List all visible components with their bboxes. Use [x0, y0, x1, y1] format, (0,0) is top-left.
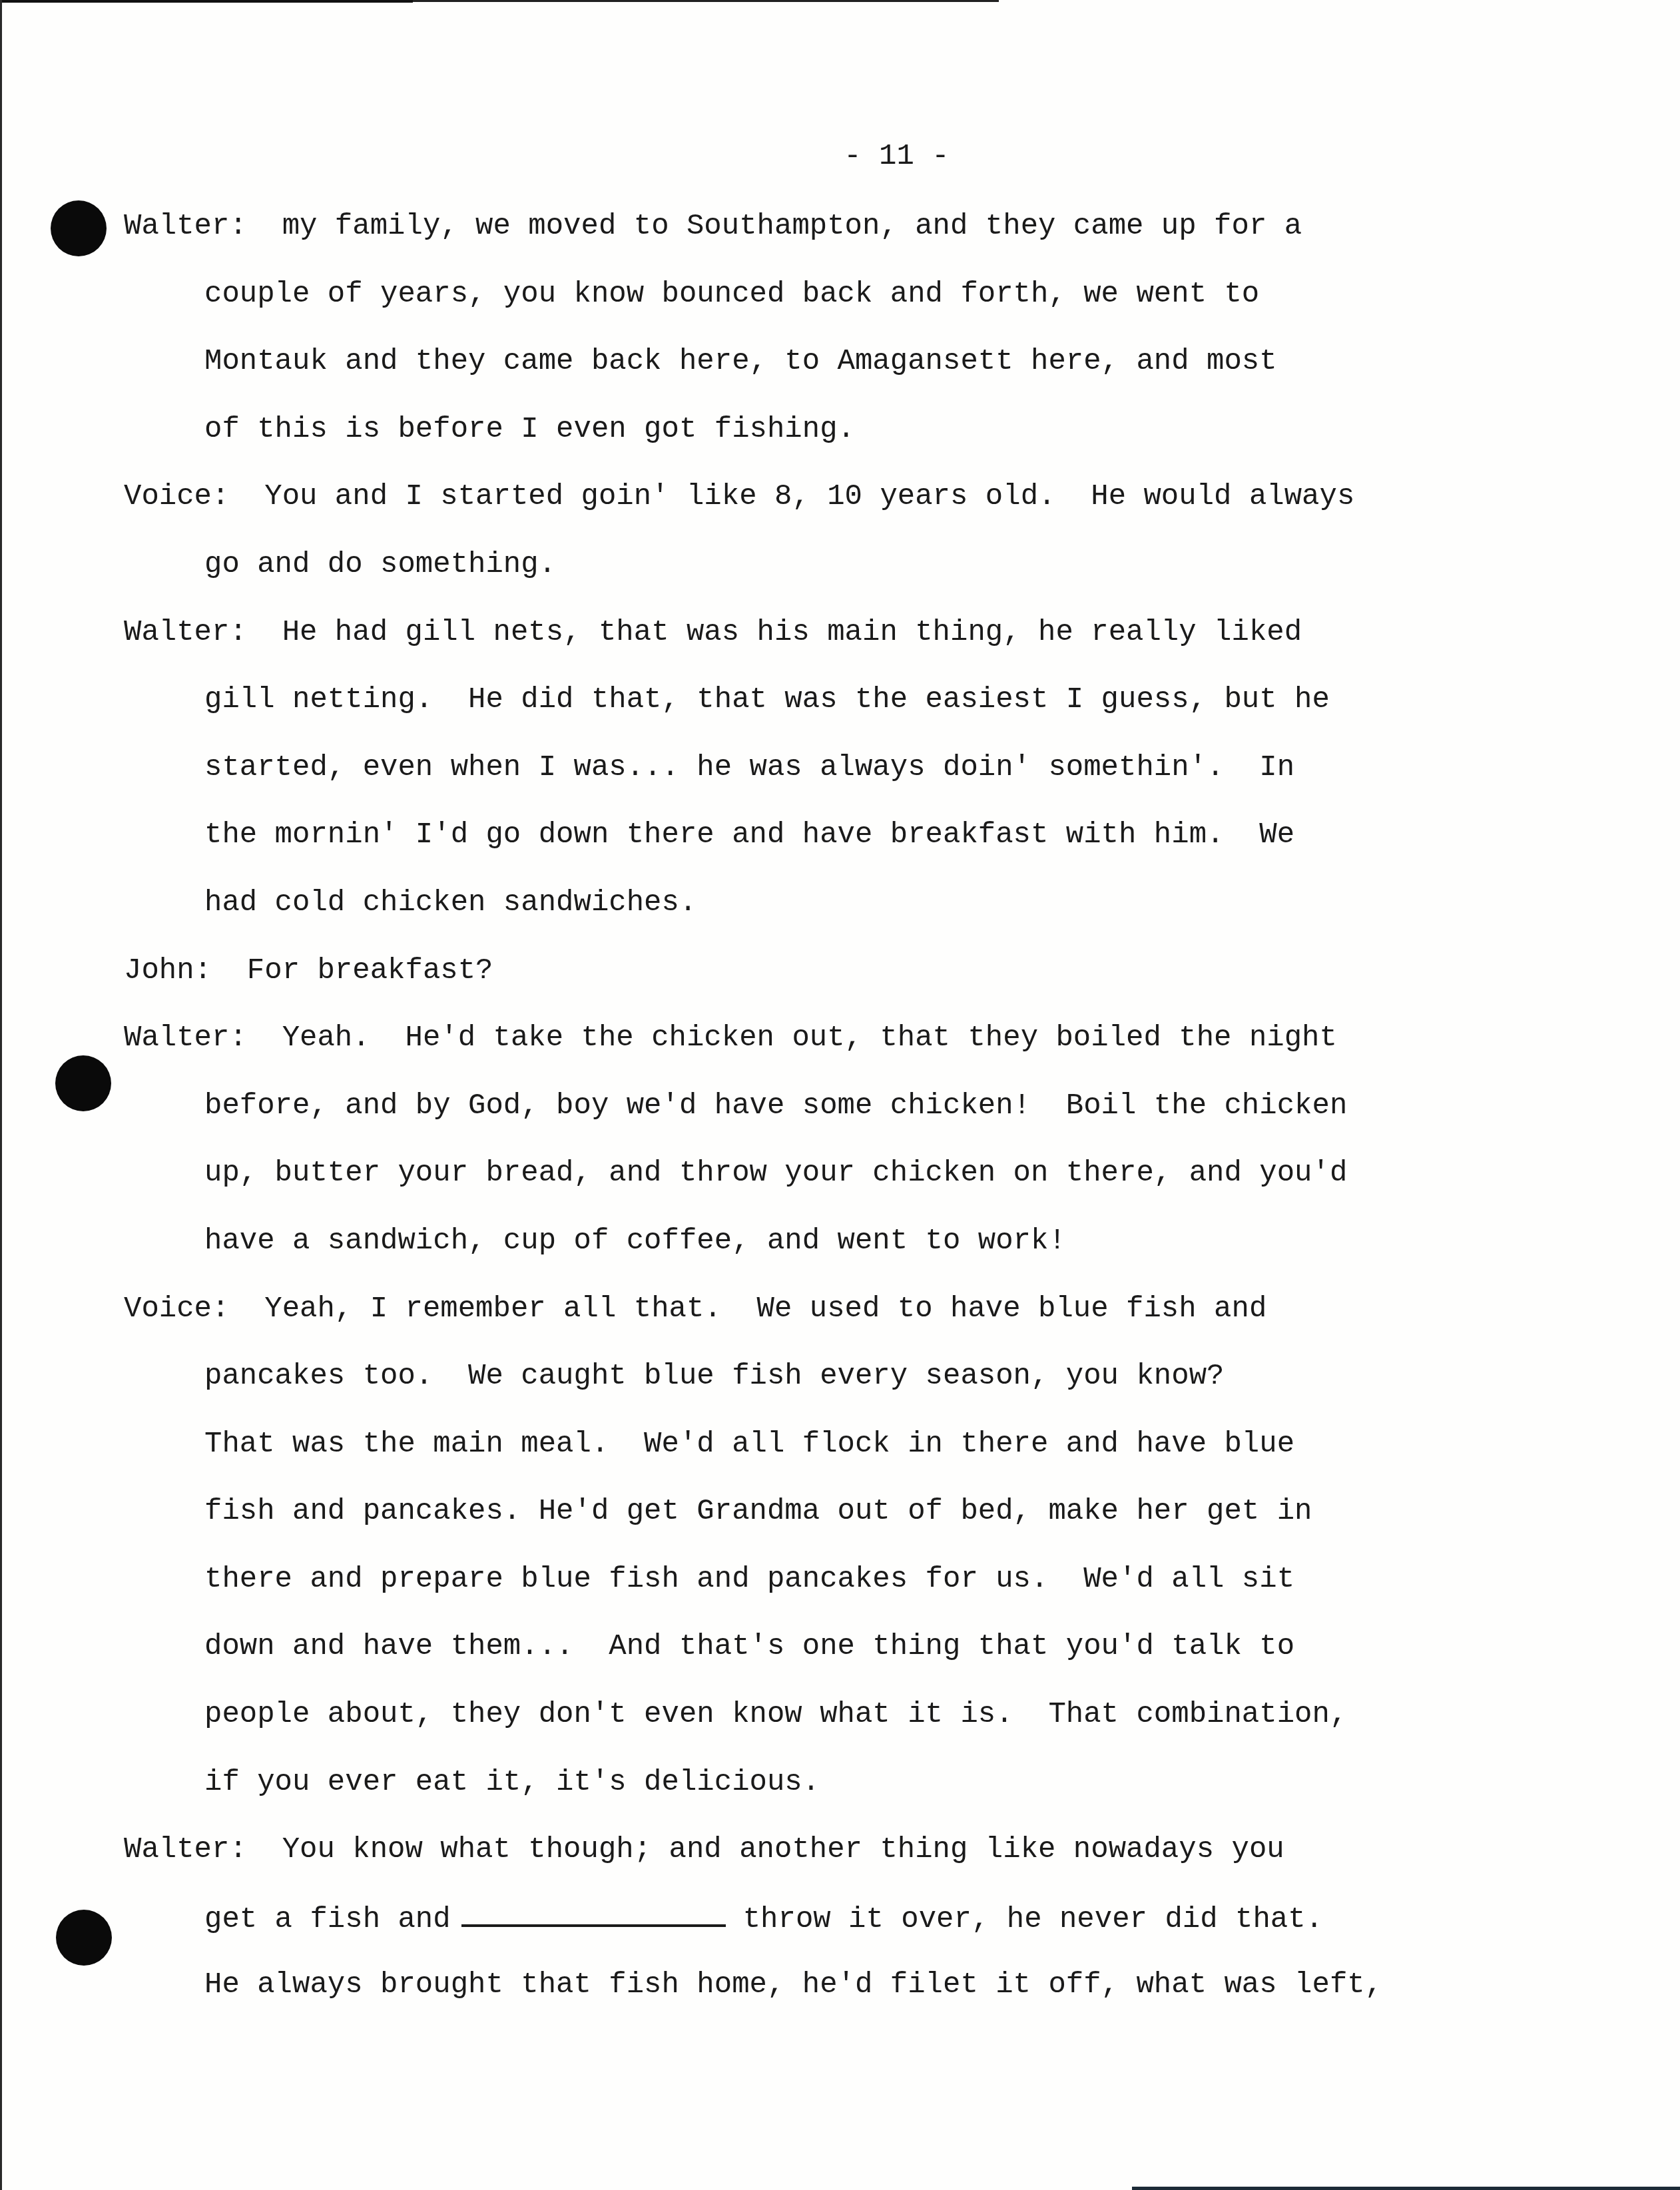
line-text: For breakfast? [212, 954, 493, 987]
continuation-line: down and have them... And that's one thi… [124, 1627, 1622, 1695]
punch-hole-icon [51, 200, 107, 256]
continuation-line: He always brought that fish home, he'd f… [124, 1965, 1622, 2033]
line-text: pancakes too. We caught blue fish every … [204, 1360, 1224, 1393]
continuation-line: people about, they don't even know what … [124, 1695, 1622, 1763]
line-text: That was the main meal. We'd all flock i… [204, 1428, 1294, 1461]
punch-hole-icon [55, 1055, 111, 1111]
speaker-label: Walter: [124, 206, 247, 246]
continuation-line: have a sandwich, cup of coffee, and went… [124, 1221, 1622, 1289]
line-text: started, even when I was... he was alway… [204, 751, 1294, 784]
continuation-line: get a fish andthrow it over, he never di… [124, 1898, 1622, 1966]
line-text: You know what though; and another thing … [247, 1833, 1284, 1866]
speaker-line: Voice: You and I started goin' like 8, 1… [124, 477, 1622, 545]
continuation-line: pancakes too. We caught blue fish every … [124, 1356, 1622, 1424]
continuation-line: couple of years, you know bounced back a… [124, 274, 1622, 342]
continuation-line: of this is before I even got fishing. [124, 410, 1622, 477]
line-text: before, and by God, boy we'd have some c… [204, 1089, 1347, 1123]
punch-hole-icon [56, 1910, 112, 1966]
continuation-line: Montauk and they came back here, to Amag… [124, 342, 1622, 410]
line-text: He had gill nets, that was his main thin… [247, 616, 1302, 649]
line-text: people about, they don't even know what … [204, 1698, 1347, 1731]
transcript-body: Walter: my family, we moved to Southampt… [124, 206, 1622, 2033]
speaker-label: Walter: [124, 613, 247, 653]
line-text: gill netting. He did that, that was the … [204, 683, 1330, 716]
continuation-line: That was the main meal. We'd all flock i… [124, 1424, 1622, 1492]
line-text: fish and pancakes. He'd get Grandma out … [204, 1495, 1312, 1528]
continuation-line: had cold chicken sandwiches. [124, 883, 1622, 951]
speaker-line: Walter: my family, we moved to Southampt… [124, 206, 1622, 274]
line-text: there and prepare blue fish and pancakes… [204, 1563, 1294, 1596]
speaker-label: Voice: [124, 1289, 229, 1329]
speaker-line: John: For breakfast? [124, 951, 1622, 1019]
continuation-line: if you ever eat it, it's delicious. [124, 1763, 1622, 1830]
transcript-page: - 11 - Walter: my family, we moved to So… [0, 0, 1680, 2190]
line-text: the mornin' I'd go down there and have b… [204, 818, 1294, 852]
line-text: throw it over, he never did that. [743, 1903, 1323, 1936]
line-text: Yeah, I remember all that. We used to ha… [229, 1292, 1266, 1326]
continuation-line: started, even when I was... he was alway… [124, 748, 1622, 816]
continuation-line: the mornin' I'd go down there and have b… [124, 815, 1622, 883]
page-number: - 11 - [0, 140, 1680, 173]
scan-edge-bottom [1132, 2187, 1680, 2190]
line-text: have a sandwich, cup of coffee, and went… [204, 1225, 1066, 1258]
continuation-line: before, and by God, boy we'd have some c… [124, 1086, 1622, 1154]
line-text: You and I started goin' like 8, 10 years… [229, 480, 1354, 513]
speaker-label: Walter: [124, 1830, 247, 1870]
speaker-line: Voice: Yeah, I remember all that. We use… [124, 1289, 1622, 1357]
line-text: down and have them... And that's one thi… [204, 1630, 1294, 1663]
speaker-line: Walter: You know what though; and anothe… [124, 1830, 1622, 1898]
line-text: if you ever eat it, it's delicious. [204, 1766, 820, 1799]
continuation-line: there and prepare blue fish and pancakes… [124, 1559, 1622, 1627]
line-text: go and do something. [204, 548, 556, 581]
line-text: Montauk and they came back here, to Amag… [204, 345, 1277, 378]
line-text: He always brought that fish home, he'd f… [204, 1968, 1382, 2002]
scan-edge-top [0, 0, 413, 3]
speaker-label: John: [124, 951, 212, 991]
line-text: up, butter your bread, and throw your ch… [204, 1157, 1347, 1190]
continuation-line: fish and pancakes. He'd get Grandma out … [124, 1492, 1622, 1559]
continuation-line: up, butter your bread, and throw your ch… [124, 1153, 1622, 1221]
line-text: of this is before I even got fishing. [204, 413, 855, 446]
continuation-line: gill netting. He did that, that was the … [124, 680, 1622, 748]
speaker-label: Voice: [124, 477, 229, 517]
speaker-line: Walter: Yeah. He'd take the chicken out,… [124, 1018, 1622, 1086]
line-text: couple of years, you know bounced back a… [204, 278, 1259, 311]
scan-edge-left [0, 0, 2, 2190]
continuation-line: go and do something. [124, 545, 1622, 613]
inaudible-blank [461, 1898, 726, 1927]
speaker-label: Walter: [124, 1018, 247, 1058]
speaker-line: Walter: He had gill nets, that was his m… [124, 613, 1622, 681]
line-text: Yeah. He'd take the chicken out, that th… [247, 1021, 1337, 1055]
line-text: get a fish and [204, 1903, 451, 1936]
line-text: my family, we moved to Southampton, and … [247, 210, 1302, 243]
line-text: had cold chicken sandwiches. [204, 886, 697, 920]
scan-edge-top-thin [413, 0, 999, 2]
